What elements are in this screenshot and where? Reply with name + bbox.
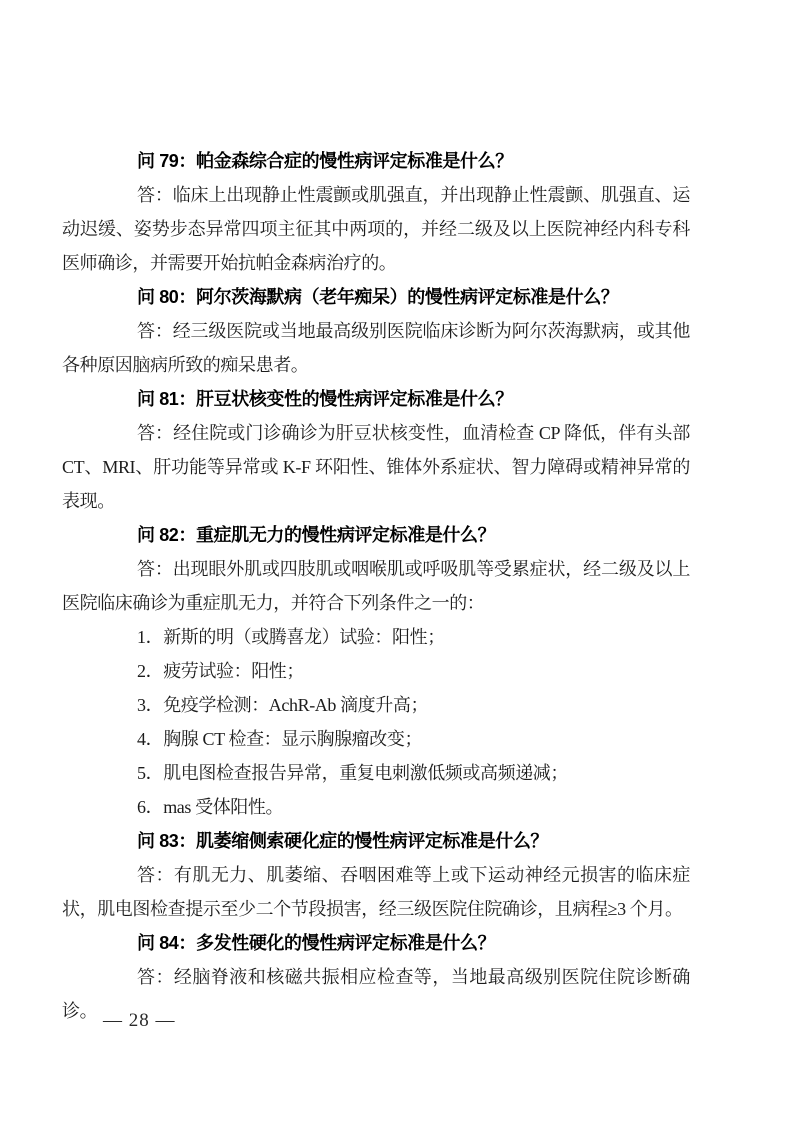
document-page: 问 79：帕金森综合症的慢性病评定标准是什么？答：临床上出现静止性震颤或肌强直，… [0, 0, 793, 1122]
answer-paragraph: 3．免疫学检测：AchR-Ab 滴度升高； [62, 688, 690, 722]
answer-paragraph: 答：临床上出现静止性震颤或肌强直，并出现静止性震颤、肌强直、运动迟缓、姿势步态异… [62, 178, 690, 280]
answer-paragraph: 1．新斯的明（或腾喜龙）试验：阳性； [62, 620, 690, 654]
answer-paragraph: 答：有肌无力、肌萎缩、吞咽困难等上或下运动神经元损害的临床症状，肌电图检查提示至… [62, 858, 690, 926]
question-heading: 问 82：重症肌无力的慢性病评定标准是什么？ [62, 518, 690, 552]
question-heading: 问 83：肌萎缩侧索硬化症的慢性病评定标准是什么？ [62, 824, 690, 858]
qa-list: 问 79：帕金森综合症的慢性病评定标准是什么？答：临床上出现静止性震颤或肌强直，… [62, 144, 690, 1028]
answer-paragraph: 答：经住院或门诊确诊为肝豆状核变性，血清检查 CP 降低，伴有头部 CT、MRI… [62, 416, 690, 518]
question-heading: 问 79：帕金森综合症的慢性病评定标准是什么？ [62, 144, 690, 178]
answer-paragraph: 答：经三级医院或当地最高级别医院临床诊断为阿尔茨海默病，或其他各种原因脑病所致的… [62, 314, 690, 382]
answer-paragraph: 答：出现眼外肌或四肢肌或咽喉肌或呼吸肌等受累症状，经二级及以上医院临床确诊为重症… [62, 552, 690, 620]
page-number: — 28 — [103, 1006, 176, 1036]
question-heading: 问 81：肝豆状核变性的慢性病评定标准是什么？ [62, 382, 690, 416]
question-heading: 问 80：阿尔茨海默病（老年痴呆）的慢性病评定标准是什么？ [62, 280, 690, 314]
answer-paragraph: 2．疲劳试验：阳性； [62, 654, 690, 688]
answer-paragraph: 4．胸腺 CT 检查：显示胸腺瘤改变； [62, 722, 690, 756]
question-heading: 问 84：多发性硬化的慢性病评定标准是什么？ [62, 926, 690, 960]
answer-paragraph: 5．肌电图检查报告异常，重复电刺激低频或高频递减； [62, 756, 690, 790]
answer-paragraph: 6．mas 受体阳性。 [62, 790, 690, 824]
